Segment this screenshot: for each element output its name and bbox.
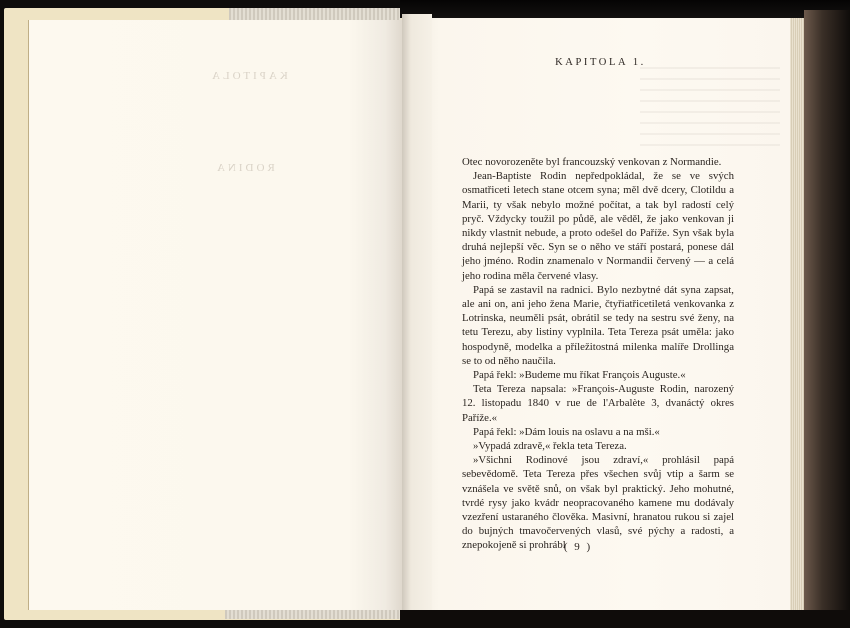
right-edge-shadow [804, 10, 850, 628]
page-edges [790, 18, 804, 610]
cloth-binding-bottom [225, 609, 401, 619]
page-number: ( 9 ) [408, 541, 748, 553]
paragraph: »Vypadá zdravě,« řekla teta Tereza. [462, 439, 734, 453]
paragraph: »Všichni Rodinové jsou zdraví,« prohlási… [462, 453, 734, 552]
paragraph: Papá řekl: »Budeme mu říkat François Aug… [462, 368, 734, 382]
show-through-lines [640, 58, 780, 148]
left-page: KAPITOLA RODINA [28, 20, 404, 610]
paragraph: Papá se zastavil na radnici. Bylo nezbyt… [462, 283, 734, 368]
paragraph: Papá řekl: »Dám louis na oslavu a na mši… [462, 425, 734, 439]
bottom-edge-shadow [400, 610, 850, 628]
open-book-photo: KAPITOLA RODINA KAPITOLA 1. Otec novoroz… [0, 0, 850, 628]
paragraph: Jean-Baptiste Rodin nepředpokládal, že s… [462, 169, 734, 283]
body-text: Otec novorozeněte byl francouzský venkov… [462, 155, 734, 553]
show-through-text: RODINA [214, 162, 275, 174]
show-through-text: KAPITOLA [209, 70, 288, 82]
book-gutter [402, 14, 432, 614]
paragraph: Teta Tereza napsala: »François-Auguste R… [462, 382, 734, 425]
cloth-binding-top [229, 8, 401, 20]
chapter-heading: KAPITOLA 1. [408, 57, 793, 68]
paragraph: Otec novorozeněte byl francouzský venkov… [462, 155, 734, 169]
top-shadow [400, 0, 850, 18]
